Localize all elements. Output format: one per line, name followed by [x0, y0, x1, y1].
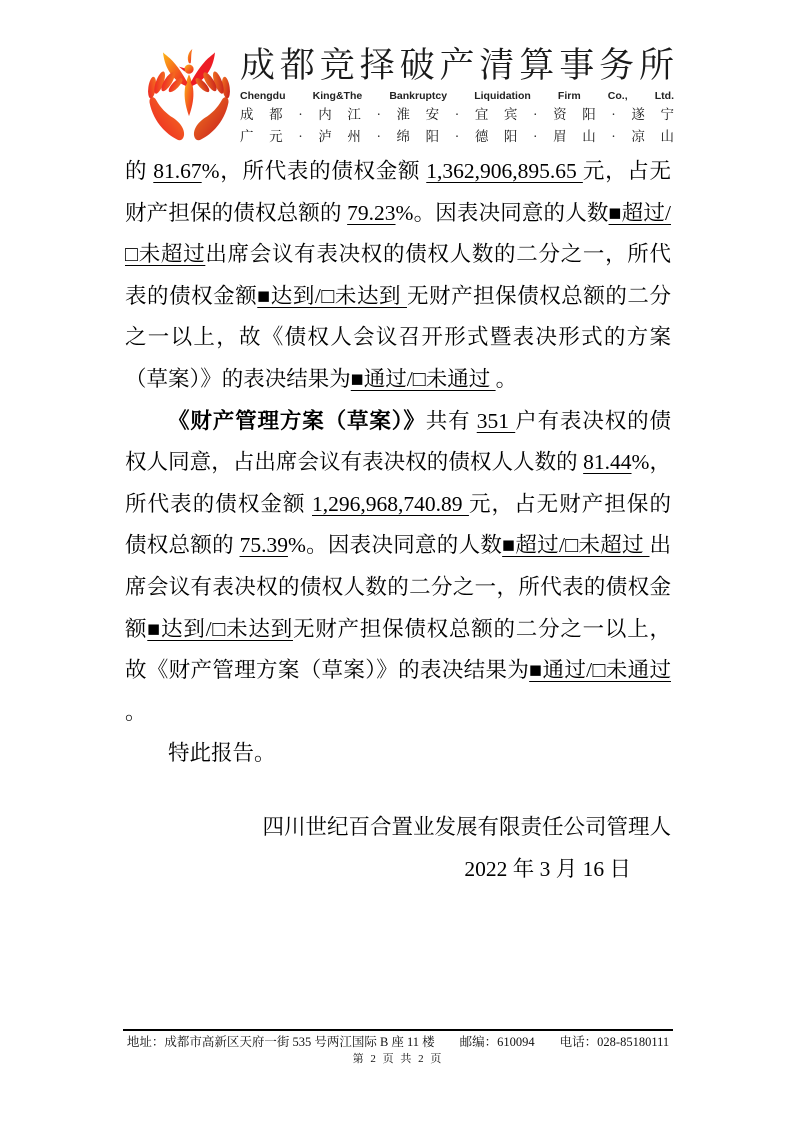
letterhead-text: 成都竞择破产清算事务所 Chengdu King&The Bankruptcy …	[240, 44, 674, 147]
underlined-value: 79.23	[347, 201, 395, 225]
underlined-value: ■达到/□未达到	[257, 284, 407, 308]
document-body: 的 81.67%，所代表的债权金额 1,362,906,895.65 元，占无财…	[125, 151, 671, 775]
underlined-value: 351	[477, 409, 516, 433]
document-page: 成都竞择破产清算事务所 Chengdu King&The Bankruptcy …	[0, 0, 794, 1123]
signature-date: 2022 年 3 月 16 日	[125, 848, 671, 890]
underlined-value: 75.39	[240, 533, 288, 557]
phoenix-hands-logo	[138, 44, 240, 148]
paragraph: 的 81.67%，所代表的债权金额 1,362,906,895.65 元，占无财…	[125, 151, 671, 401]
firm-name-cn: 成都竞择破产清算事务所	[240, 44, 674, 88]
signature-company: 四川世纪百合置业发展有限责任公司管理人	[125, 806, 671, 848]
underlined-value: 81.44	[583, 450, 631, 474]
text-segment: %。因表决同意的人数	[288, 533, 502, 557]
footer-address: 地址：成都市高新区天府一街 535 号两江国际 B 座 11 楼 邮编：6100…	[123, 1034, 673, 1051]
underlined-value: ■达到/□未达到	[147, 617, 293, 641]
underlined-value: ■超过/□未超过	[502, 533, 649, 557]
page-number: 第 2 页 共 2 页	[123, 1051, 673, 1067]
signature-block: 四川世纪百合置业发展有限责任公司管理人 2022 年 3 月 16 日	[125, 806, 671, 890]
text-segment: 。	[125, 700, 147, 724]
text-segment: 的	[125, 159, 153, 183]
firm-name-en: Chengdu King&The Bankruptcy Liquidation …	[240, 89, 674, 103]
underlined-value: 81.67	[153, 159, 201, 183]
page-footer: 地址：成都市高新区天府一街 535 号两江国际 B 座 11 楼 邮编：6100…	[123, 1029, 673, 1067]
right-hand-icon	[194, 70, 232, 140]
paragraph: 《财产管理方案（草案）》共有 351 户有表决权的债权人同意，占出席会议有表决权…	[125, 401, 671, 734]
underlined-value: 1,296,968,740.89	[312, 492, 469, 516]
text-segment: 。	[496, 367, 518, 391]
underlined-value: ■通过/□未通过	[351, 367, 496, 391]
left-hand-icon	[147, 70, 185, 140]
text-segment: 特此报告。	[168, 741, 276, 765]
text-segment: %，所代表的债权金额	[202, 159, 427, 183]
underlined-value: 1,362,906,895.65	[426, 159, 583, 183]
text-segment: %。因表决同意的人数	[396, 201, 609, 225]
text-segment: 共有	[426, 409, 477, 433]
letterhead: 成都竞择破产清算事务所 Chengdu King&The Bankruptcy …	[138, 44, 674, 148]
bold-document-title: 《财产管理方案（草案）》	[168, 409, 426, 433]
branch-cities-line2: 广元·泸州·绵阳·德阳·眉山·凉山	[240, 126, 674, 147]
paragraph: 特此报告。	[125, 733, 671, 775]
underlined-value: ■通过/□未通过	[529, 658, 671, 682]
branch-cities-line1: 成都·内江·淮安·宜宾·资阳·遂宁	[240, 104, 674, 125]
